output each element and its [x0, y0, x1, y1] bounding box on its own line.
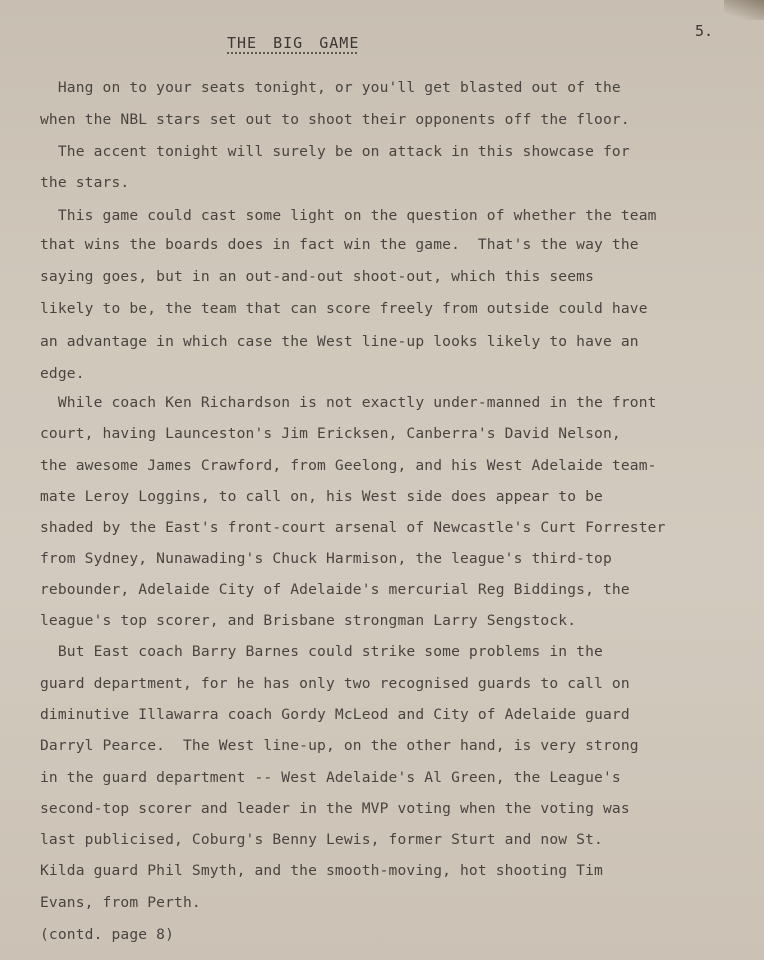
text-line: the awesome James Crawford, from Geelong… [40, 457, 657, 474]
document-title: THE BIG GAME [227, 34, 359, 52]
text-line: But East coach Barry Barnes could strike… [40, 643, 603, 660]
text-line: diminutive Illawarra coach Gordy McLeod … [40, 706, 630, 723]
text-line: from Sydney, Nunawading's Chuck Harmison… [40, 550, 612, 567]
text-line: guard department, for he has only two re… [40, 675, 630, 692]
text-line: mate Leroy Loggins, to call on, his West… [40, 488, 603, 505]
text-line: Darryl Pearce. The West line-up, on the … [40, 737, 639, 754]
text-line: court, having Launceston's Jim Ericksen,… [40, 425, 621, 442]
page-number: 5. [695, 22, 713, 40]
text-line: in the guard department -- West Adelaide… [40, 769, 621, 786]
text-line: second-top scorer and leader in the MVP … [40, 800, 630, 817]
text-line: edge. [40, 365, 85, 382]
text-line: Kilda guard Phil Smyth, and the smooth-m… [40, 862, 603, 879]
text-line: that wins the boards does in fact win th… [40, 236, 639, 253]
text-line: This game could cast some light on the q… [40, 207, 657, 224]
text-line: Evans, from Perth. [40, 894, 201, 911]
page-corner-shadow [724, 0, 764, 20]
text-line: shaded by the East's front-court arsenal… [40, 519, 666, 536]
text-line: last publicised, Coburg's Benny Lewis, f… [40, 831, 603, 848]
text-line: likely to be, the team that can score fr… [40, 300, 648, 317]
text-line: While coach Ken Richardson is not exactl… [40, 394, 657, 411]
text-line: saying goes, but in an out-and-out shoot… [40, 268, 594, 285]
text-line: when the NBL stars set out to shoot thei… [40, 111, 630, 128]
text-line: The accent tonight will surely be on att… [40, 143, 630, 160]
text-line: an advantage in which case the West line… [40, 333, 639, 350]
text-line: Hang on to your seats tonight, or you'll… [40, 79, 621, 96]
text-line: (contd. page 8) [40, 926, 174, 943]
text-line: league's top scorer, and Brisbane strong… [40, 612, 576, 629]
text-line: rebounder, Adelaide City of Adelaide's m… [40, 581, 630, 598]
text-line: the stars. [40, 174, 129, 191]
